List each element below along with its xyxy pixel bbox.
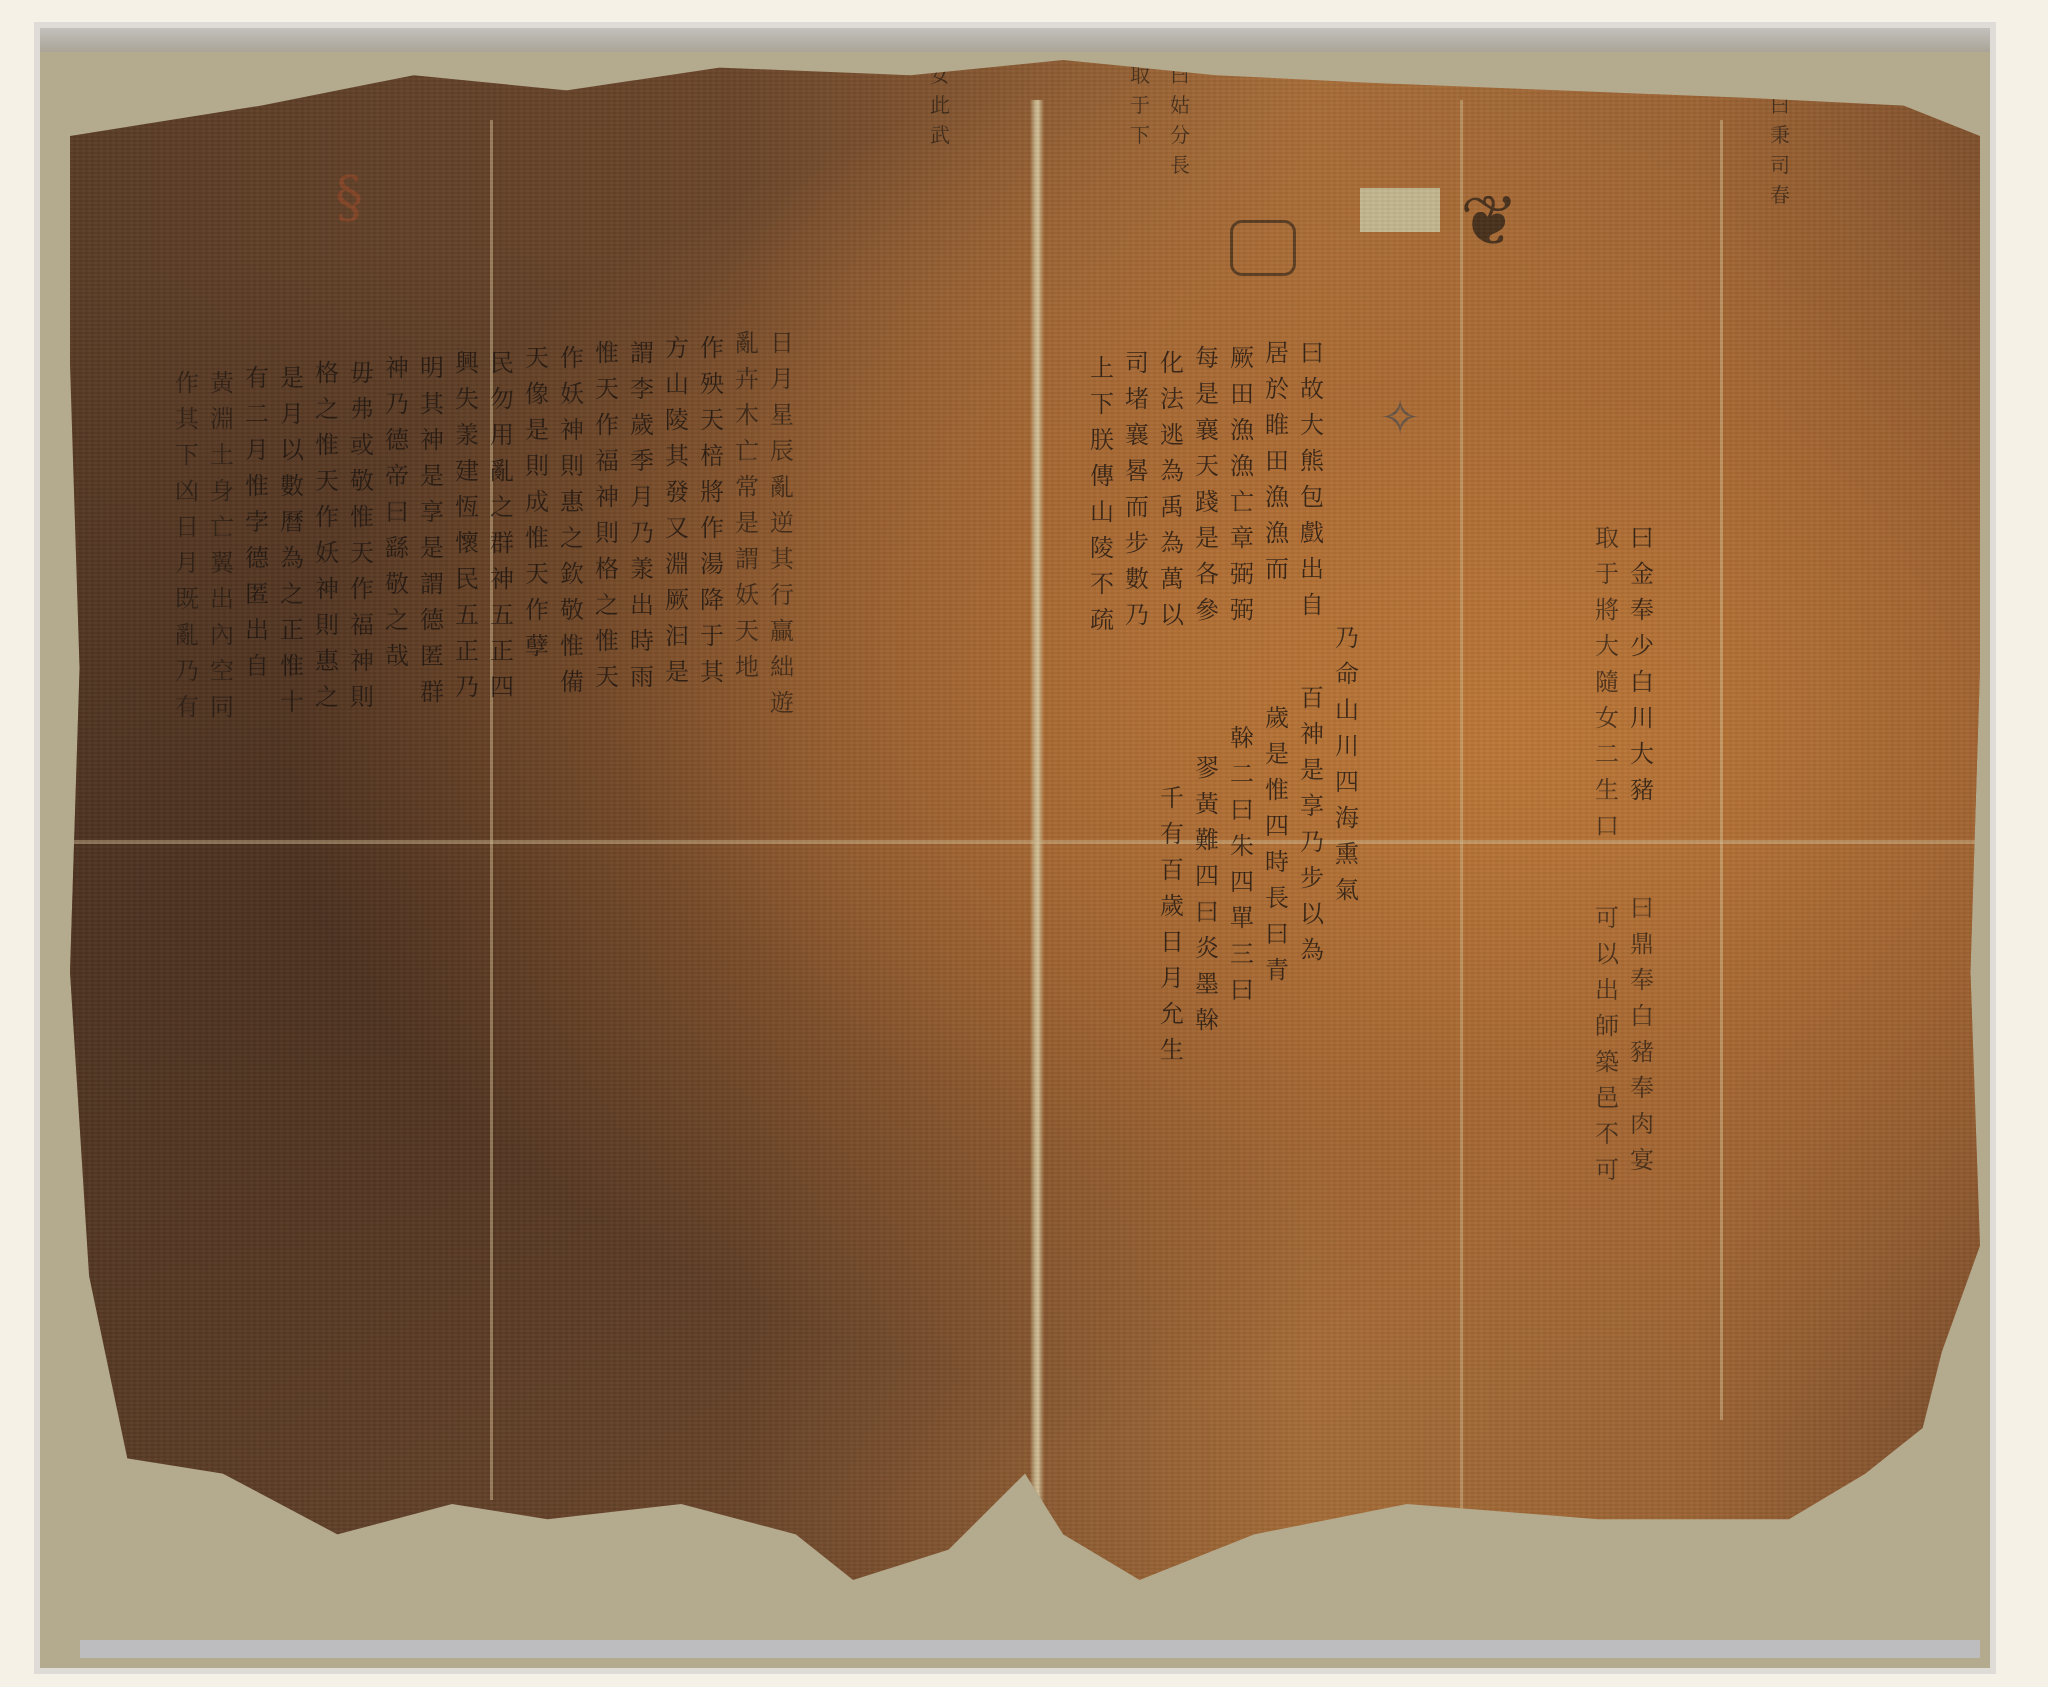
glyph: 惠 — [560, 484, 584, 520]
glyph: 是 — [665, 654, 689, 690]
glyph: 孛 — [245, 504, 269, 540]
glyph: 二 — [245, 396, 269, 432]
glyph: 或 — [350, 427, 374, 463]
glyph: 大 — [1300, 407, 1324, 443]
glyph: 四 — [1230, 864, 1254, 900]
glyph: 參 — [1195, 592, 1219, 628]
glyph: 長 — [1170, 150, 1190, 180]
glyph: 凶 — [175, 473, 199, 509]
glyph: 德 — [385, 422, 409, 458]
glyph: 法 — [1160, 381, 1184, 417]
glyph: 汩 — [665, 618, 689, 654]
glyph: 曰 — [1230, 792, 1254, 828]
glyph: 數 — [1125, 561, 1149, 597]
glyph: 出 — [1595, 972, 1619, 1008]
backing-strip-bottom — [80, 1640, 1980, 1658]
glyph: 于 — [700, 618, 724, 654]
glyph: 白 — [1630, 664, 1654, 700]
glyph: 分 — [1170, 120, 1190, 150]
text-column: 黃淵土身亡翼出內空同 — [210, 365, 234, 725]
glyph: 建 — [455, 453, 479, 489]
glyph: 戲 — [1300, 515, 1324, 551]
glyph: 作 — [175, 365, 199, 401]
text-column: 謂李歲季月乃羕出時雨 — [630, 335, 654, 695]
glyph: 之 — [315, 391, 339, 427]
glyph: 三 — [1230, 936, 1254, 972]
text-column: 千有百歲日月允生 — [1160, 780, 1184, 1068]
glyph: 星 — [770, 397, 794, 433]
glyph: 惟 — [280, 648, 304, 684]
glyph: 出 — [630, 587, 654, 623]
text-column: 作殃天棓將作湯降于其 — [700, 330, 724, 690]
glyph: 天 — [525, 340, 549, 376]
glyph: 作 — [700, 330, 724, 366]
glyph: 襄 — [1195, 412, 1219, 448]
glyph: 奉 — [1630, 592, 1654, 628]
glyph: 亂 — [770, 469, 794, 505]
glyph: 山 — [1335, 692, 1359, 728]
glyph: 漁 — [1230, 448, 1254, 484]
glyph: 弗 — [350, 391, 374, 427]
glyph: 敬 — [385, 566, 409, 602]
glyph: 以 — [1160, 597, 1184, 633]
glyph: 墨 — [1195, 966, 1219, 1002]
glyph: 為 — [280, 540, 304, 576]
text-column: 亂卉木亡常是謂妖天地 — [735, 325, 759, 685]
glyph: 將 — [700, 474, 724, 510]
glyph: 亂 — [490, 453, 514, 489]
glyph: 辰 — [770, 433, 794, 469]
glyph: 興 — [455, 345, 479, 381]
text-column: 乃命山川四海熏氣 — [1335, 620, 1359, 908]
glyph: 豬 — [1630, 772, 1654, 808]
text-column: 化法逃為禹為萬以 — [1160, 345, 1184, 633]
glyph: 此 — [930, 90, 950, 120]
glyph: 熊 — [1300, 443, 1324, 479]
text-column: 厥田漁漁亡章弼弼 — [1230, 340, 1254, 628]
glyph: 正 — [455, 633, 479, 669]
glyph: 月 — [280, 396, 304, 432]
text-column: 居於睢田漁漁而 — [1265, 335, 1289, 587]
glyph: 曆 — [280, 504, 304, 540]
glyph: 其 — [770, 541, 794, 577]
glyph: 師 — [1595, 1008, 1619, 1044]
silk-manuscript: § ❦ ✧ 日月星辰亂逆其行贏絀遊 亂卉木亡常是謂妖天地 作殃天棓將作湯降于其 … — [70, 60, 1980, 1580]
glyph: 惠 — [315, 643, 339, 679]
glyph: 降 — [700, 582, 724, 618]
glyph: 十 — [280, 684, 304, 720]
glyph: 各 — [1195, 556, 1219, 592]
text-column: 天像是則成惟天作孽 — [525, 340, 549, 664]
glyph: 百 — [1160, 852, 1184, 888]
glyph: 亡 — [210, 509, 234, 545]
glyph: 隨 — [1595, 664, 1619, 700]
glyph: 弼 — [1230, 592, 1254, 628]
glyph: 乃 — [630, 515, 654, 551]
glyph: 享 — [1300, 788, 1324, 824]
glyph: 漁 — [1230, 412, 1254, 448]
glyph: 黃 — [210, 365, 234, 401]
glyph: 則 — [560, 448, 584, 484]
glyph: 氣 — [1335, 872, 1359, 908]
glyph: 殃 — [700, 366, 724, 402]
glyph: 天 — [735, 613, 759, 649]
glyph: 朕 — [1090, 422, 1114, 458]
glyph: 翼 — [210, 545, 234, 581]
glyph: 失 — [455, 381, 479, 417]
glyph: 逆 — [770, 505, 794, 541]
glyph: 神 — [385, 350, 409, 386]
glyph: 豬 — [1630, 1034, 1654, 1070]
glyph: 堵 — [1125, 381, 1149, 417]
glyph: 亂 — [175, 617, 199, 653]
glyph: 月 — [175, 545, 199, 581]
top-label: 曰姑分長 — [1170, 60, 1190, 180]
glyph: 包 — [1300, 479, 1324, 515]
text-column: 毋弗或敬惟天作福神則 — [350, 355, 374, 715]
glyph: 為 — [1160, 525, 1184, 561]
glyph: 惟 — [350, 499, 374, 535]
glyph: 月 — [630, 479, 654, 515]
top-label: 女此武 — [930, 60, 950, 150]
glyph: 春 — [1770, 180, 1790, 210]
glyph: 既 — [175, 581, 199, 617]
glyph: 則 — [595, 515, 619, 551]
glyph: 女 — [1595, 700, 1619, 736]
glyph: 像 — [525, 376, 549, 412]
glyph: 是 — [1265, 736, 1289, 772]
glyph: 正 — [490, 633, 514, 669]
glyph: 金 — [1630, 556, 1654, 592]
glyph: 二 — [1230, 756, 1254, 792]
glyph: 德 — [245, 540, 269, 576]
glyph: 卉 — [735, 361, 759, 397]
glyph: 謂 — [735, 541, 759, 577]
text-column: 上下朕傳山陵不疏 — [1090, 350, 1114, 638]
glyph: 厥 — [1230, 340, 1254, 376]
glyph: 身 — [210, 473, 234, 509]
glyph: 格 — [595, 551, 619, 587]
glyph: 正 — [280, 612, 304, 648]
glyph: 棓 — [700, 438, 724, 474]
glyph: 司 — [1125, 345, 1149, 381]
glyph: 秉 — [1770, 120, 1790, 150]
glyph: 月 — [1160, 960, 1184, 996]
glyph: 是 — [1195, 376, 1219, 412]
glyph: 海 — [1335, 800, 1359, 836]
glyph: 田 — [1230, 376, 1254, 412]
glyph: 湯 — [700, 546, 724, 582]
glyph: 天 — [595, 371, 619, 407]
glyph: 福 — [350, 607, 374, 643]
horizontal-fold-line — [70, 840, 1980, 844]
glyph: 曰 — [1630, 890, 1654, 926]
glyph: 李 — [630, 371, 654, 407]
glyph: 百 — [1300, 680, 1324, 716]
glyph: 下 — [175, 437, 199, 473]
glyph: 孽 — [525, 628, 549, 664]
glyph: 厥 — [665, 582, 689, 618]
text-column: 是月以數曆為之正惟十 — [280, 360, 304, 720]
glyph: 傳 — [1090, 458, 1114, 494]
text-column: 每是襄天踐是各參 — [1195, 340, 1219, 628]
glyph: 作 — [315, 499, 339, 535]
glyph: 敬 — [350, 463, 374, 499]
glyph: 川 — [1335, 728, 1359, 764]
glyph: 取 — [1595, 520, 1619, 556]
glyph: 生 — [1160, 1032, 1184, 1068]
glyph: 姑 — [1170, 90, 1190, 120]
glyph: 天 — [595, 659, 619, 695]
text-column: 日月星辰亂逆其行贏絀遊 — [770, 325, 794, 721]
glyph: 恆 — [455, 489, 479, 525]
text-column: 曰金奉少白川大豬 — [1630, 520, 1654, 808]
glyph: 是 — [525, 412, 549, 448]
glyph: 踐 — [1195, 484, 1219, 520]
text-column: 格之惟天作妖神則惠之 — [315, 355, 339, 715]
glyph: 神 — [595, 479, 619, 515]
glyph: 明 — [420, 350, 444, 386]
glyph: 歲 — [1160, 888, 1184, 924]
glyph: 享 — [420, 494, 444, 530]
glyph: 群 — [490, 525, 514, 561]
glyph: 單 — [1230, 900, 1254, 936]
text-column: 作其下凶日月既亂乃有 — [175, 365, 199, 725]
glyph: 五 — [490, 597, 514, 633]
glyph: 青 — [1265, 952, 1289, 988]
glyph: 曰 — [1630, 520, 1654, 556]
glyph: 哉 — [385, 638, 409, 674]
glyph: 則 — [350, 679, 374, 715]
glyph: 木 — [735, 397, 759, 433]
glyph: 妖 — [560, 376, 584, 412]
glyph: 民 — [490, 345, 514, 381]
glyph: 為 — [1300, 932, 1324, 968]
glyph: 二 — [1595, 736, 1619, 772]
center-fold-line — [1030, 100, 1044, 1600]
glyph: 妖 — [735, 577, 759, 613]
glyph: 勿 — [490, 381, 514, 417]
glyph: 有 — [1160, 816, 1184, 852]
glyph: 肉 — [1630, 1106, 1654, 1142]
glyph: 黃 — [1195, 786, 1219, 822]
glyph: 出 — [245, 612, 269, 648]
glyph: 化 — [1160, 345, 1184, 381]
glyph: 淵 — [210, 401, 234, 437]
glyph: 之 — [490, 489, 514, 525]
glyph: 神 — [315, 571, 339, 607]
fold-line — [1460, 100, 1463, 1520]
glyph: 口 — [1595, 808, 1619, 844]
glyph: 疏 — [1090, 602, 1114, 638]
glyph: 少 — [1630, 628, 1654, 664]
glyph: 又 — [665, 510, 689, 546]
text-column: 曰鼎奉白豬奉肉宴 — [1630, 890, 1654, 1178]
text-column: 有二月惟孛德匿出自 — [245, 360, 269, 684]
glyph: 是 — [1195, 520, 1219, 556]
glyph: 作 — [525, 592, 549, 628]
text-column: 明其神是享是謂德匿群 — [420, 350, 444, 710]
glyph: 作 — [700, 510, 724, 546]
glyph: 睢 — [1265, 407, 1289, 443]
glyph: 不 — [1595, 1116, 1619, 1152]
glyph: 作 — [560, 340, 584, 376]
glyph: 匿 — [420, 638, 444, 674]
glyph: 逃 — [1160, 417, 1184, 453]
glyph: 作 — [350, 571, 374, 607]
glyph: 民 — [455, 561, 479, 597]
glyph: 亂 — [735, 325, 759, 361]
glyph: 匿 — [245, 576, 269, 612]
glyph: 于 — [1595, 556, 1619, 592]
glyph: 曰 — [1300, 335, 1324, 371]
glyph: 榦 — [1230, 720, 1254, 756]
glyph: 格 — [315, 355, 339, 391]
glyph: 土 — [210, 437, 234, 473]
glyph: 不 — [1090, 566, 1114, 602]
glyph: 其 — [175, 401, 199, 437]
glyph: 神 — [420, 422, 444, 458]
glyph: 於 — [1265, 371, 1289, 407]
missing-patch — [1360, 188, 1440, 232]
top-label: 取于下 — [1130, 60, 1150, 150]
glyph: 之 — [280, 576, 304, 612]
glyph: 之 — [560, 520, 584, 556]
glyph: 山 — [1090, 494, 1114, 530]
glyph: 自 — [1300, 587, 1324, 623]
glyph: 惟 — [560, 628, 584, 664]
glyph: 遊 — [770, 685, 794, 721]
glyph: 而 — [1125, 489, 1149, 525]
glyph: 月 — [245, 432, 269, 468]
glyph: 絀 — [770, 649, 794, 685]
glyph: 之 — [315, 679, 339, 715]
glyph: 天 — [315, 463, 339, 499]
glyph: 日 — [770, 325, 794, 361]
glyph: 亡 — [1230, 484, 1254, 520]
glyph: 鼎 — [1630, 926, 1654, 962]
glyph: 大 — [1595, 628, 1619, 664]
glyph: 作 — [595, 407, 619, 443]
glyph: 難 — [1195, 822, 1219, 858]
glyph: 謂 — [420, 566, 444, 602]
glyph: 乃 — [1300, 824, 1324, 860]
glyph: 惟 — [595, 335, 619, 371]
glyph: 日 — [1160, 924, 1184, 960]
text-column: 取于將大隨女二生口 — [1595, 520, 1619, 844]
tree-figure-icon: ❦ — [1460, 180, 1519, 262]
glyph: 于 — [1130, 90, 1150, 120]
glyph: 是 — [420, 530, 444, 566]
glyph: 淵 — [665, 546, 689, 582]
glyph: 時 — [1265, 844, 1289, 880]
glyph: 晷 — [1125, 453, 1149, 489]
glyph: 朱 — [1230, 828, 1254, 864]
glyph: 羕 — [455, 417, 479, 453]
glyph: 之 — [385, 602, 409, 638]
glyph: 可 — [1595, 1152, 1619, 1188]
glyph: 以 — [1300, 896, 1324, 932]
glyph: 懷 — [455, 525, 479, 561]
glyph: 陵 — [665, 402, 689, 438]
glyph: 命 — [1335, 656, 1359, 692]
glyph: 長 — [1265, 880, 1289, 916]
glyph: 故 — [1300, 371, 1324, 407]
glyph: 用 — [490, 417, 514, 453]
glyph: 曰 — [1265, 916, 1289, 952]
glyph: 羕 — [630, 551, 654, 587]
glyph: 妖 — [315, 535, 339, 571]
glyph: 歲 — [630, 407, 654, 443]
glyph: 同 — [210, 689, 234, 725]
glyph: 乃 — [1125, 597, 1149, 633]
glyph: 奉 — [1630, 962, 1654, 998]
glyph: 下 — [1090, 386, 1114, 422]
glyph: 築 — [1595, 1044, 1619, 1080]
glyph: 四 — [490, 669, 514, 705]
glyph: 神 — [1300, 716, 1324, 752]
glyph: 神 — [560, 412, 584, 448]
glyph: 可 — [1595, 900, 1619, 936]
glyph: 神 — [490, 561, 514, 597]
glyph: 時 — [630, 623, 654, 659]
glyph: 漁 — [1265, 515, 1289, 551]
glyph: 繇 — [385, 530, 409, 566]
text-column: 民勿用亂之群神五正四 — [490, 345, 514, 705]
glyph: 翏 — [1195, 750, 1219, 786]
glyph: 其 — [700, 654, 724, 690]
text-column: 司堵襄晷而步數乃 — [1125, 345, 1149, 633]
glyph: 邑 — [1595, 1080, 1619, 1116]
glyph: 月 — [770, 361, 794, 397]
glyph: 有 — [175, 689, 199, 725]
glyph: 奉 — [1630, 1070, 1654, 1106]
glyph: 榦 — [1195, 1002, 1219, 1038]
glyph: 乃 — [1335, 620, 1359, 656]
glyph: 弼 — [1230, 556, 1254, 592]
glyph: 出 — [1300, 551, 1324, 587]
glyph: 千 — [1160, 780, 1184, 816]
glyph: 其 — [665, 438, 689, 474]
text-column: 作妖神則惠之欽敬惟備 — [560, 340, 584, 700]
text-column: 歲是惟四時長曰青 — [1265, 700, 1289, 988]
glyph: 章 — [1230, 520, 1254, 556]
glyph: 白 — [1630, 998, 1654, 1034]
glyph: 是 — [1300, 752, 1324, 788]
glyph: 天 — [1195, 448, 1219, 484]
glyph: 惟 — [1265, 772, 1289, 808]
glyph: 帝 — [385, 458, 409, 494]
glyph: 惟 — [525, 520, 549, 556]
glyph: 備 — [560, 664, 584, 700]
glyph: 是 — [280, 360, 304, 396]
glyph: 襄 — [1125, 417, 1149, 453]
text-column: 興失羕建恆懷民五正乃 — [455, 345, 479, 705]
glyph: 天 — [525, 556, 549, 592]
glyph: 乃 — [455, 669, 479, 705]
glyph: 曰 — [385, 494, 409, 530]
glyph: 山 — [665, 366, 689, 402]
text-column: 曰故大熊包戲出自 — [1300, 335, 1324, 623]
glyph: 而 — [1265, 551, 1289, 587]
glyph: 炎 — [1195, 930, 1219, 966]
square-head-figure-icon — [1230, 220, 1296, 276]
glyph: 田 — [1265, 443, 1289, 479]
glyph: 以 — [1595, 936, 1619, 972]
glyph: 地 — [735, 649, 759, 685]
text-column: 可以出師築邑不可 — [1595, 900, 1619, 1188]
glyph: 常 — [735, 469, 759, 505]
